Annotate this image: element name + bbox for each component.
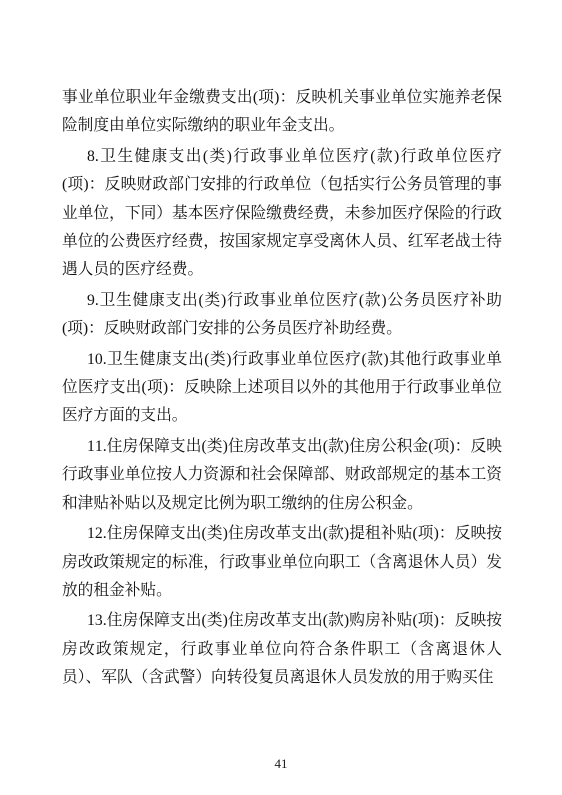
paragraph-item-12: 12.住房保障支出(类)住房改革支出(款)提租补贴(项)：反映按房改政策规定的标…	[62, 520, 502, 605]
paragraph-item-10: 10.卫生健康支出(类)行政事业单位医疗(款)其他行政事业单位医疗支出(项)：反…	[62, 346, 502, 431]
paragraph-item-9: 9.卫生健康支出(类)行政事业单位医疗(款)公务员医疗补助(项)：反映财政部门安…	[62, 287, 502, 344]
paragraph-item-11: 11.住房保障支出(类)住房改革支出(款)住房公积金(项)：反映行政事业单位按人…	[62, 433, 502, 518]
paragraph-item-13: 13.住房保障支出(类)住房改革支出(款)购房补贴(项)：反映按房改政策规定，行…	[62, 607, 502, 692]
document-page: 事业单位职业年金缴费支出(项)：反映机关事业单位实施养老保险制度由单位实际缴纳的…	[0, 0, 562, 795]
paragraph-item-8: 8.卫生健康支出(类)行政事业单位医疗(款)行政单位医疗(项)：反映财政部门安排…	[62, 143, 502, 285]
page-number: 41	[0, 756, 562, 772]
document-body: 事业单位职业年金缴费支出(项)：反映机关事业单位实施养老保险制度由单位实际缴纳的…	[62, 84, 502, 695]
paragraph-continuation: 事业单位职业年金缴费支出(项)：反映机关事业单位实施养老保险制度由单位实际缴纳的…	[62, 84, 502, 141]
